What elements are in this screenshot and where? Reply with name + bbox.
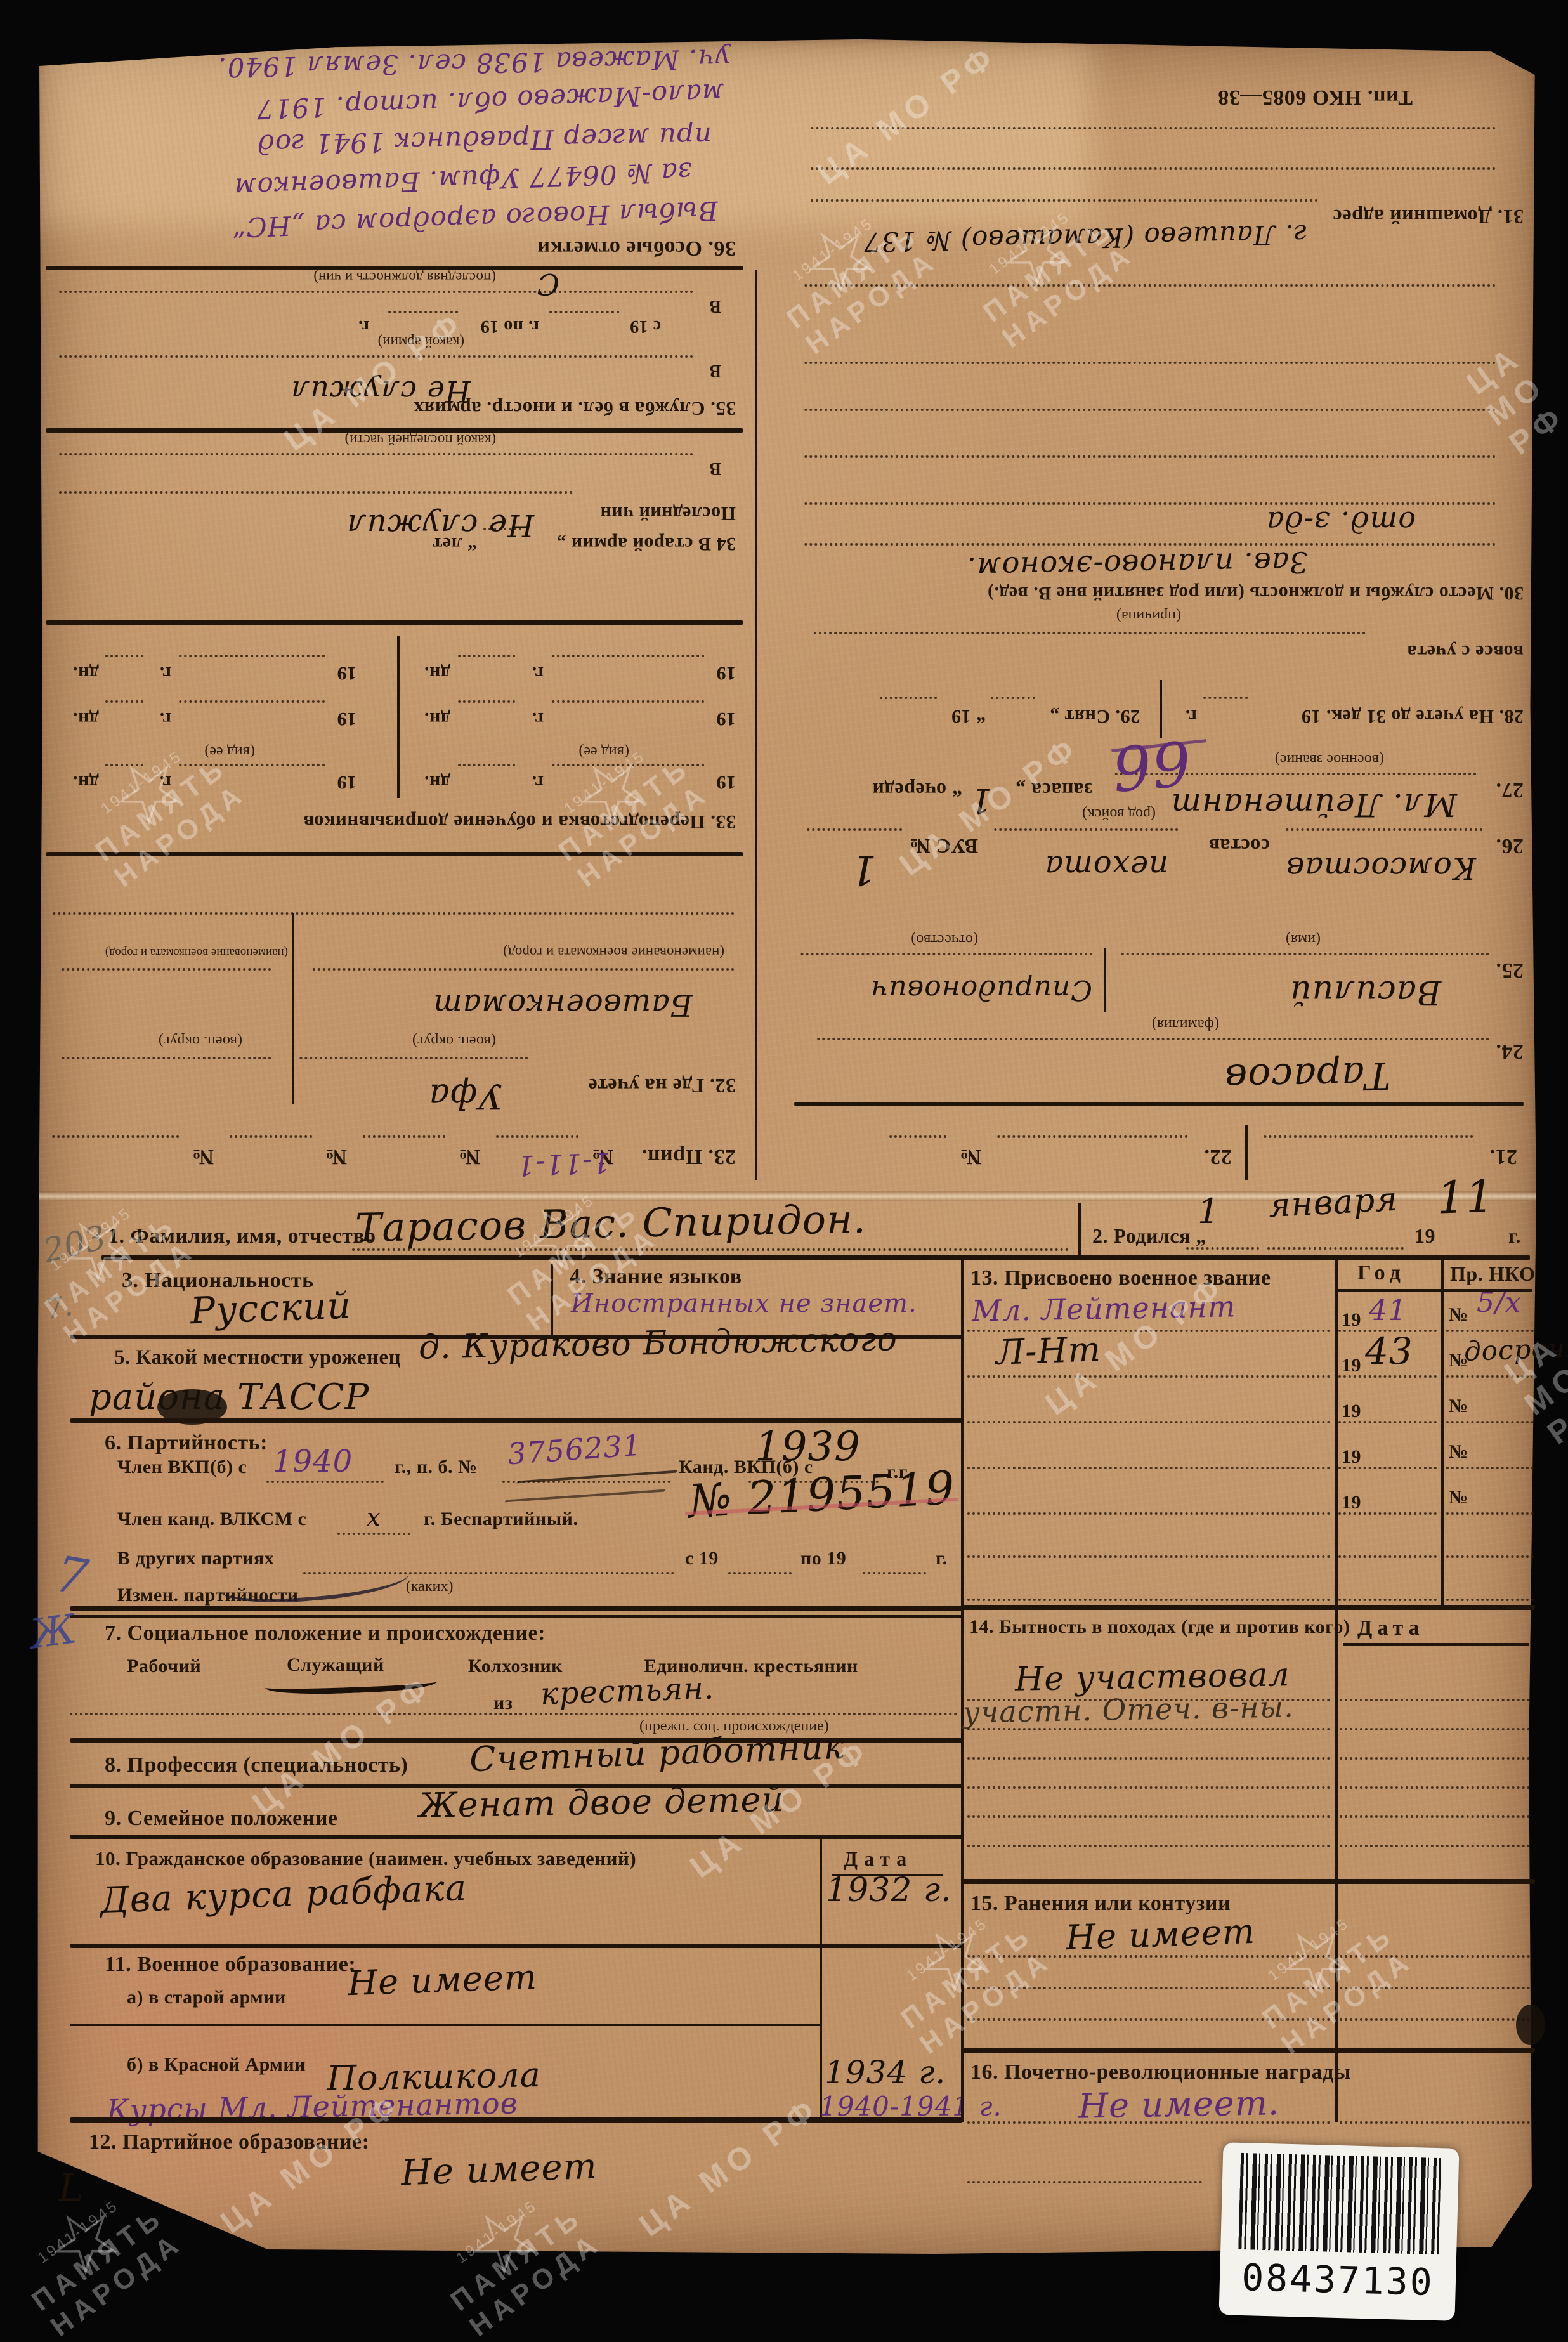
dotted-line	[804, 455, 1495, 458]
year-19: 19	[1342, 1492, 1361, 1514]
dotted-line	[1446, 1599, 1534, 1601]
field-23-handwriting: 1-11-1	[516, 1146, 610, 1181]
field-13-row2-rank: Л-Нт	[995, 1329, 1102, 1373]
dotted-line	[62, 1057, 271, 1059]
dotted-line	[105, 655, 143, 657]
dotted-line	[552, 764, 704, 766]
dotted-line	[52, 1135, 179, 1138]
field-14-label: 14. Бытность в походах (где и против ког…	[969, 1616, 1350, 1638]
dotted-line	[967, 2181, 1202, 2183]
dotted-line	[889, 1135, 946, 1138]
field-26-vus-label: ВУС №	[910, 834, 978, 858]
rule-line	[961, 1879, 1535, 1884]
field-14-date-header: Дата	[1357, 1616, 1425, 1640]
dotted-line	[1338, 1555, 1437, 1558]
dotted-line	[800, 953, 1092, 955]
dotted-line	[967, 1599, 1330, 1601]
year-19: 19	[337, 771, 356, 793]
dotted-line	[1338, 1467, 1437, 1469]
field-6-label: 6. Партийность:	[105, 1431, 268, 1455]
field-34-chin-label: Последний чин	[600, 502, 736, 524]
dotted-line	[549, 311, 619, 313]
field-5-handwriting-2: района ТАССР	[89, 1377, 369, 1418]
field-6-vkp-year: 1940	[273, 1444, 353, 1479]
rule-line	[70, 1606, 963, 1611]
g-label: г.	[159, 771, 171, 793]
field-7-label: 7. Социальное положение и происхождение:	[105, 1621, 546, 1645]
dotted-line	[1338, 1512, 1437, 1515]
field-28-label: 28. На учете до 31 дек. 19	[1301, 705, 1524, 727]
g-label: г.	[532, 771, 544, 793]
year-19: 19	[337, 708, 356, 729]
field-32-caption-komis: (наименование военкомата и город)	[503, 944, 724, 960]
barcode-number: 08437130	[1219, 2255, 1456, 2305]
margin-mark-blue: Ж	[27, 1606, 79, 1658]
dotted-line	[863, 1572, 926, 1574]
dotted-line	[105, 700, 143, 703]
field-26-caption: (род войск)	[1082, 805, 1156, 822]
field-2-19: 19	[1414, 1224, 1435, 1248]
field-27-ochered-handwriting: 1	[970, 781, 992, 821]
handwritten-note: уч. Мажева 1938 сел. Земял 1940.	[218, 43, 731, 83]
no-sign: №	[325, 1144, 347, 1168]
dotted-line	[728, 1572, 792, 1574]
margin-mark-L: L	[58, 2166, 84, 2210]
dotted-line	[1340, 1815, 1530, 1818]
field-26-vus-handwriting: 1	[850, 846, 877, 893]
dotted-line	[1446, 1375, 1534, 1378]
field-26-number: 26.	[1496, 834, 1524, 858]
no-sign: №	[959, 1144, 981, 1168]
field-30-handwriting-1: Зав. планово-эконом.	[966, 545, 1308, 585]
scanned-document-page: 21. 22. № 23. Прип. № № № № 1-11-1 Тарас…	[0, 0, 1568, 2342]
rule-line	[70, 1418, 963, 1423]
dotted-line	[1340, 1955, 1530, 1958]
field-13-year-header: Год	[1357, 1261, 1406, 1285]
field-9-label: 9. Семейное положение	[105, 1807, 338, 1831]
dotted-line	[58, 491, 572, 494]
dn-label: дн.	[73, 662, 99, 684]
field-27-rank-handwriting: Мл. Лейтенант	[1171, 787, 1457, 823]
field-26-handwriting-2: пехота	[1045, 849, 1168, 884]
rule-line	[70, 2117, 963, 2123]
field-33-label: 33. Переподготовка и обучение допризывни…	[303, 811, 736, 834]
dotted-line	[1338, 1421, 1437, 1423]
dotted-line	[299, 1057, 528, 1059]
dotted-line	[70, 1713, 958, 1715]
dotted-line	[880, 697, 937, 699]
field-25-name-caption: (имя)	[1286, 931, 1321, 948]
dotted-line	[388, 311, 458, 313]
dotted-line	[1338, 1375, 1437, 1378]
dotted-line	[816, 1038, 1489, 1040]
g-label: г.	[159, 708, 171, 729]
dotted-line	[810, 127, 1495, 129]
field-36-label: 36. Особые отметки	[537, 236, 736, 260]
dotted-line	[967, 1728, 1330, 1730]
year-19: 19	[1342, 1401, 1361, 1422]
field-24-caption: (фамилия)	[1152, 1016, 1219, 1033]
field-6-bespartiyny: г. Беспартийный.	[424, 1508, 578, 1530]
dotted-line	[997, 1135, 1187, 1138]
table-divider	[1441, 1259, 1444, 1605]
dotted-line	[1340, 2121, 1530, 2124]
field-1-label: 1. Фамилия, имя, отчество	[108, 1224, 376, 1248]
field-24-number: 24.	[1496, 1039, 1524, 1063]
no-sign: №	[192, 1144, 214, 1168]
handwritten-note: мало-Мажево обл. истор. 1917	[256, 77, 725, 125]
dotted-line	[458, 655, 515, 657]
field-6-s19: с 19	[685, 1548, 719, 1569]
dotted-line	[967, 1375, 1330, 1378]
field-28-g: г.	[1185, 705, 1197, 727]
field-32-label: 32. Где на учете	[588, 1074, 736, 1097]
field-6-g: г.	[936, 1548, 948, 1569]
dotted-line	[804, 409, 1495, 411]
dn-label: дн.	[73, 771, 99, 793]
date-column-divider	[1335, 1610, 1338, 1881]
field-34-label: 34 В старой армии „	[556, 533, 736, 554]
g-label: г.	[532, 708, 544, 729]
dotted-line	[810, 167, 1495, 170]
field-35-s19: с 19	[630, 316, 661, 336]
dotted-line	[1340, 1757, 1530, 1760]
dotted-line	[1264, 1135, 1473, 1138]
dotted-line	[807, 828, 902, 831]
field-13-row1-rank: Мл. Лейтенант	[972, 1289, 1236, 1328]
field-35-v: В	[709, 360, 721, 381]
dotted-line	[967, 1815, 1330, 1818]
dotted-line	[804, 362, 1495, 364]
dotted-line	[1446, 1330, 1534, 1332]
ink-stain	[1516, 2005, 1545, 2045]
field-35-g: г.	[358, 316, 369, 336]
year-19: 19	[716, 771, 736, 793]
year-19: 19	[337, 662, 356, 684]
dotted-line	[1121, 953, 1489, 955]
dotted-line	[967, 2018, 1330, 2021]
field-14-handwriting-2: участн. Отеч. в-ны.	[963, 1689, 1295, 1729]
dotted-line	[1340, 1728, 1530, 1730]
dotted-line	[991, 697, 1035, 699]
dotted-line	[337, 1533, 410, 1535]
year-19: 19	[1342, 1355, 1361, 1377]
field-12-handwriting: Не имеет	[400, 2146, 598, 2194]
rule-line	[70, 1615, 963, 1618]
dotted-line	[967, 2121, 1330, 2124]
field-11-label: 11. Военное образование:	[105, 1953, 356, 1977]
field-36-mark: С	[537, 267, 559, 301]
dotted-line	[1446, 1512, 1534, 1515]
dotted-line	[352, 1248, 1069, 1251]
year-19: 19	[1342, 1446, 1361, 1468]
field-23-label: 23. Прип.	[641, 1144, 736, 1168]
dotted-line	[1286, 828, 1482, 831]
field-16-handwriting: Не имеет.	[1078, 2083, 1279, 2126]
field-35-caption-2: (последняя должность и чин)	[313, 269, 496, 285]
dotted-line	[967, 1512, 1330, 1515]
field-35-po19: г. по 19	[480, 316, 539, 336]
barcode-sticker: 08437130	[1219, 2142, 1460, 2321]
field-32-handwriting-1: Уфа	[429, 1076, 502, 1116]
field-6-vlksm-mark: х	[367, 1503, 381, 1531]
dotted-line	[810, 199, 1317, 202]
dotted-line	[266, 1481, 384, 1483]
dotted-line	[312, 968, 734, 971]
header-underline	[1343, 1643, 1529, 1646]
date-column-divider	[820, 1835, 822, 2120]
field-2-g: г.	[1508, 1224, 1521, 1248]
rule-line	[46, 428, 743, 433]
no-sign: №	[1449, 1304, 1468, 1326]
barcode	[1238, 2153, 1441, 2254]
field-10-date-handwriting: 1932 г.	[826, 1871, 952, 1909]
cell-divider	[292, 913, 294, 1104]
dotted-line	[1340, 1845, 1530, 1847]
field-27-number: 27.	[1496, 778, 1524, 802]
rule-line	[46, 266, 743, 270]
column-divider	[755, 270, 757, 1180]
dn-label: дн.	[424, 771, 450, 793]
dotted-line	[105, 764, 143, 766]
rule-line	[961, 1605, 1535, 1610]
dotted-line	[363, 1135, 445, 1138]
divider	[551, 1264, 553, 1335]
handwritten-note: за № 06477 Уфим. Башвоенком	[233, 156, 693, 203]
dotted-line	[967, 1421, 1330, 1423]
dotted-line	[967, 1757, 1330, 1760]
field-31-label: 31. Домашний адрес	[1333, 205, 1524, 228]
field-33-caption: (вид ее)	[578, 743, 629, 760]
field-13-order-header: Пр. НКО	[1450, 1262, 1535, 1286]
field-31-handwriting: г. Лаишево (Камашево) № 137	[863, 219, 1309, 258]
g-label: г.	[159, 662, 171, 684]
dotted-line	[967, 1467, 1330, 1469]
dotted-line	[967, 1955, 1330, 1958]
field-26-word-sostav: состав	[1208, 834, 1270, 858]
no-sign: №	[1449, 1487, 1468, 1508]
dotted-line	[804, 502, 1495, 505]
field-1-handwriting: Тарасов Вас. Спиридон.	[355, 1196, 866, 1251]
field-off-label: вовсе с учета	[1407, 641, 1524, 662]
dn-label: дн.	[424, 662, 450, 684]
handwritten-note: при мгсер Правдинск 1941 год	[257, 121, 712, 160]
rule-line	[46, 852, 743, 856]
field-6-vkp-label: Член ВКП(б) с	[117, 1456, 247, 1478]
year-19: 19	[716, 708, 736, 729]
g-label: г.	[532, 662, 544, 684]
field-4-handwriting: Иностранных не знает.	[571, 1289, 917, 1318]
field-11b-date-1: 1934 г.	[825, 2054, 946, 2091]
field-27-zapas-label: запаса „	[1016, 778, 1092, 802]
dotted-line	[179, 655, 325, 657]
field-off-caption: (причина)	[1116, 607, 1181, 624]
dotted-line	[496, 1135, 578, 1138]
dotted-line	[1203, 697, 1248, 699]
rule-line	[46, 620, 743, 625]
rule-line	[70, 1835, 963, 1839]
field-34-caption: (какой последней части)	[344, 431, 496, 448]
dotted-line	[994, 828, 1178, 831]
field-2-year: 11	[1436, 1170, 1496, 1224]
field-6-kand-year: 1939	[755, 1423, 861, 1470]
field-35-caption: (какой армии)	[378, 334, 464, 350]
year-19: 19	[1342, 1309, 1361, 1331]
field-6-po19: по 19	[800, 1548, 846, 1569]
field-24-surname-handwriting: Тарасов	[1224, 1053, 1391, 1101]
watermark-line: ПАМЯТЬ	[26, 2201, 170, 2317]
field-6-vlksm-label: Член канд. ВЛКСМ с	[117, 1508, 306, 1530]
field-7-option-worker: Рабочий	[127, 1656, 201, 1677]
field-32-caption-okrug: (воен. округ)	[412, 1032, 496, 1049]
dotted-line	[1267, 1247, 1404, 1250]
no-sign: №	[1449, 1441, 1468, 1463]
field-13-row2-order: досрочно.	[1463, 1331, 1568, 1367]
dotted-line	[52, 912, 734, 915]
margin-pencil-7: 7.	[43, 1290, 75, 1326]
dotted-line	[458, 700, 515, 703]
no-sign: №	[458, 1144, 480, 1168]
field-25-patronymic-caption: (отчество)	[911, 931, 978, 948]
field-11a-handwriting: Не имеет	[347, 1957, 538, 2003]
field-6-kakih-caption: (каких)	[406, 1578, 453, 1595]
divider	[1078, 1203, 1081, 1255]
field-13-row2-year: 43	[1365, 1330, 1413, 1373]
dotted-line	[62, 968, 271, 971]
dotted-line	[1340, 1699, 1530, 1701]
field-10-label: 10. Гражданское образование (наимен. уче…	[95, 1847, 636, 1870]
field-7-option-kolkhoznik: Колхозник	[468, 1656, 563, 1677]
field-29-label: 29. Снят „	[1050, 705, 1140, 727]
field-2-day: 1	[1198, 1191, 1220, 1231]
field-26-handwriting-1: Комсостав	[1286, 850, 1476, 886]
field-25-number: 25.	[1496, 958, 1524, 982]
field-7-iz: из	[493, 1692, 513, 1714]
field-22-number: 22.	[1204, 1144, 1232, 1168]
dotted-line	[804, 543, 1495, 546]
dotted-line	[1186, 1247, 1259, 1250]
dotted-line	[967, 1555, 1330, 1558]
field-32-caption-okrug: (воен. округ)	[159, 1032, 242, 1049]
dn-label: дн.	[424, 708, 450, 729]
dotted-line	[1446, 1555, 1534, 1558]
field-33-caption: (вид ее)	[204, 743, 255, 760]
field-35-v2: В	[709, 296, 721, 316]
field-11a-label: а) в старой армии	[127, 1987, 286, 2008]
rule-line	[794, 1102, 1524, 1106]
divider	[1104, 948, 1106, 1012]
field-2-label: 2. Родился „	[1092, 1224, 1206, 1248]
dotted-line	[1340, 1987, 1530, 1989]
dotted-line	[1340, 2018, 1530, 2021]
field-15-handwriting: Не имеет	[1065, 1911, 1256, 1958]
dotted-line	[179, 764, 325, 766]
cell-divider	[397, 636, 400, 798]
field-6-other-parties: В других партиях	[117, 1548, 274, 1569]
dotted-line	[458, 764, 515, 766]
dn-label: дн.	[73, 708, 99, 729]
rule-line	[70, 2024, 821, 2026]
field-6-pb-label: г., п. б. №	[395, 1456, 478, 1478]
dotted-line	[967, 1845, 1330, 1847]
field-29-g19: “ 19	[951, 705, 986, 727]
card-back-upside-down: 21. 22. № 23. Прип. № № № № 1-11-1 Тарас…	[35, 44, 1536, 1199]
dotted-line	[1338, 1599, 1437, 1601]
dotted-line	[58, 453, 693, 455]
rule-line	[961, 2048, 1535, 2053]
field-13-label: 13. Присвоено военное звание	[970, 1266, 1271, 1290]
field-27-ochered-label: “ очереди	[872, 778, 962, 802]
field-30-handwriting-2: отд. з-да	[1266, 505, 1416, 539]
field-13-row1-order: 5/х	[1477, 1286, 1522, 1319]
field-11b-label: б) в Красной Армии	[127, 2054, 306, 2076]
dotted-line	[58, 355, 693, 358]
date-column-divider	[1335, 1884, 1338, 2122]
year-19: 19	[716, 662, 736, 684]
field-21-number: 21.	[1489, 1144, 1517, 1168]
dotted-line	[1446, 1467, 1534, 1469]
dotted-line	[1446, 1421, 1534, 1423]
print-shop-footer: Тип. НКО 6085—38	[1218, 85, 1413, 109]
field-9-handwriting: Женат двое детей	[418, 1779, 784, 1826]
field-34-v: В	[709, 458, 721, 478]
field-15-label: 15. Ранения или контузии	[970, 1892, 1231, 1916]
no-sign: №	[1449, 1396, 1468, 1417]
field-35-handwriting: Не служил	[291, 374, 471, 409]
dotted-line	[1340, 1786, 1530, 1789]
field-8-label: 8. Профессия (специальность)	[105, 1753, 408, 1777]
dotted-line	[804, 284, 1495, 287]
field-10-date-header: Дата	[844, 1847, 913, 1871]
dotted-line	[230, 1135, 312, 1138]
field-25-patronymic-handwriting: Спиридонович	[870, 974, 1092, 1006]
field-32-handwriting-2: Башвоенкомат	[433, 987, 693, 1023]
watermark-line: НАРОДА	[45, 2227, 189, 2342]
dotted-line	[552, 655, 704, 657]
field-2-month: января	[1268, 1181, 1399, 1226]
field-32-caption-komis: (наименование военкомата и город)	[105, 945, 288, 959]
field-12-label: 12. Партийное образование:	[89, 2130, 369, 2154]
table-divider	[1335, 1259, 1338, 1605]
field-30-label: 30. Место службы и должность (или род за…	[987, 582, 1524, 604]
field-5-label: 5. Какой местности уроженец	[114, 1346, 401, 1370]
rule-line	[101, 1255, 1530, 1260]
dotted-line	[967, 1699, 1330, 1701]
field-7-handwriting: крестьян.	[540, 1670, 715, 1712]
field-4-label: 4. Знание языков	[570, 1265, 742, 1289]
main-column-divider	[961, 1259, 964, 2122]
dotted-line	[967, 1786, 1330, 1789]
dotted-line	[552, 700, 704, 703]
field-25-name-handwriting: Василий	[1290, 973, 1441, 1011]
field-13-row1-year: 41	[1369, 1293, 1408, 1327]
divider	[1245, 1125, 1248, 1180]
dotted-line	[967, 1987, 1330, 1989]
field-16-label: 16. Почетно-революционные награды	[970, 2060, 1351, 2084]
field-28-handwriting: 66	[1109, 726, 1193, 804]
field-3-handwriting: Русский	[190, 1284, 352, 1333]
dotted-line	[58, 291, 693, 293]
field-34-handwriting: Не служил	[346, 507, 534, 543]
rule-line	[70, 1944, 963, 1948]
dotted-line	[179, 700, 325, 703]
field-7-option-employee: Служащий	[287, 1654, 384, 1676]
field-27-caption: (военное звание)	[1275, 750, 1384, 768]
dotted-line	[813, 632, 1365, 634]
